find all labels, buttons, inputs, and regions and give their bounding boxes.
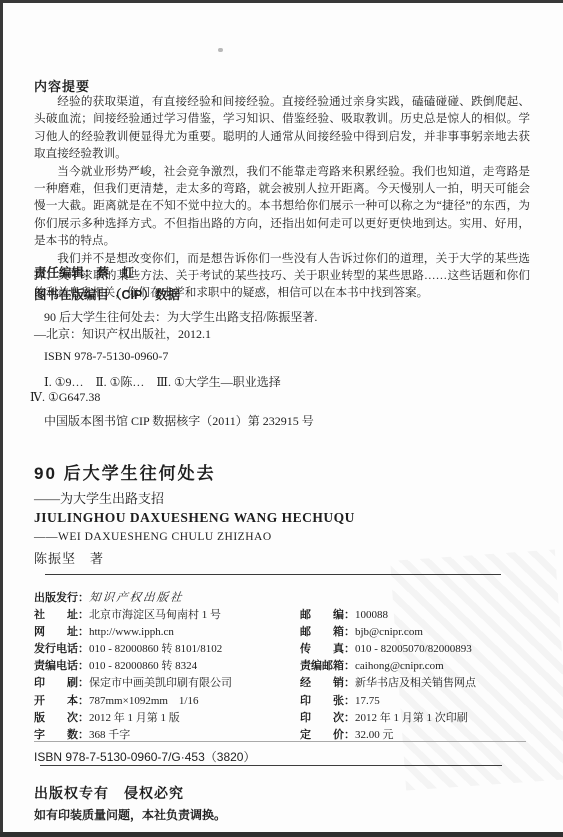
cip-classification-1: Ⅰ. ①9… Ⅱ. ①陈… Ⅲ. ①大学生—职业选择	[44, 373, 281, 390]
sheets-label: 印 张：	[300, 695, 355, 707]
sales-phone-value: 010 - 82000860 转 8101/8102	[89, 643, 222, 655]
postcode-value: 100088	[355, 609, 388, 621]
cip-imprint: —北京：知识产权出版社，2012.1	[34, 325, 211, 342]
editor-phone-label: 责编电话：	[34, 660, 89, 672]
website-label: 网 址：	[34, 626, 89, 638]
format-label: 开 本：	[34, 695, 89, 707]
fax-value: 010 - 82005070/82000893	[355, 643, 472, 655]
divider-above-isbn	[34, 741, 526, 742]
divider-under-title	[45, 574, 501, 575]
colophon-row-publisher: 出版发行：知识产权出版社	[34, 590, 530, 607]
pinyin-subtitle: ——WEI DAXUESHENG CHULU ZHIZHAO	[34, 531, 272, 543]
colophon-row-address: 社 址：北京市海淀区马甸南村 1 号 邮 编：100088	[34, 607, 530, 624]
book-subtitle: ——为大学生出路支招	[34, 488, 164, 507]
format-value: 787mm×1092mm 1/16	[89, 695, 198, 707]
scan-edge-top	[0, 0, 563, 3]
cip-isbn: ISBN 978-7-5130-0960-7	[44, 349, 168, 364]
printing-value: 2012 年 1 月第 1 次印刷	[355, 712, 468, 724]
email-value: bjb@cnipr.com	[355, 626, 423, 638]
cip-record-number: 中国版本图书馆 CIP 数据核字（2011）第 232915 号	[44, 412, 314, 429]
editor-email-value: caihong@cnipr.com	[355, 660, 444, 672]
colophon-row-website: 网 址：http://www.ipph.cn 邮 箱：bjb@cnipr.com	[34, 624, 530, 641]
summary-paragraph-1: 经验的获取渠道，有直接经验和间接经验。直接经验通过亲身实践，磕磕碰碰、跌倒爬起、…	[34, 93, 530, 163]
book-title: 90 后大学生往何处去	[34, 459, 216, 484]
quality-exchange-notice: 如有印装质量问题，本社负责调换。	[34, 806, 226, 823]
printer-label: 印 刷：	[34, 677, 89, 689]
editor-email-label: 责编邮箱：	[300, 660, 355, 672]
copyright-page: 内容提要 经验的获取渠道，有直接经验和间接经验。直接经验通过亲身实践，磕磕碰碰、…	[0, 0, 563, 837]
edition-value: 2012 年 1 月第 1 版	[89, 712, 180, 724]
price-value: 32.00 元	[355, 729, 394, 741]
scan-edge-left	[0, 0, 3, 837]
address-label: 社 址：	[34, 609, 89, 621]
distributor-label: 经 销：	[300, 677, 355, 689]
colophon-row-edition: 版 次：2012 年 1 月第 1 版 印 次：2012 年 1 月第 1 次印…	[34, 710, 530, 727]
copyright-notice: 出版权专有 侵权必究	[34, 783, 184, 803]
publisher-cell: 出版发行：知识产权出版社	[34, 590, 184, 607]
printing-label: 印 次：	[300, 712, 355, 724]
scan-speck	[218, 48, 223, 52]
cip-heading: 图书在版编目（CIP）数据	[34, 285, 180, 303]
wordcount-label: 字 数：	[34, 729, 89, 741]
publisher-label: 出版发行：	[34, 592, 89, 604]
cip-title-statement: 90 后大学生往何处去：为大学生出路支招/陈振坚著.	[44, 308, 317, 325]
scan-edge-bottom	[0, 832, 563, 837]
summary-paragraph-2: 当今就业形势严峻，社会竞争激烈，我们不能靠走弯路来积累经验。我们也知道，走弯路是…	[34, 163, 530, 250]
address-value: 北京市海淀区马甸南村 1 号	[89, 609, 221, 621]
isbn-full-line: ISBN 978-7-5130-0960-7/G·453（3820）	[34, 748, 255, 765]
fax-label: 传 真：	[300, 643, 355, 655]
printer-value: 保定市中画美凯印刷有限公司	[89, 677, 232, 689]
colophon-row-format: 开 本：787mm×1092mm 1/16 印 张：17.75	[34, 693, 530, 710]
colophon-row-sales-phone: 发行电话：010 - 82000860 转 8101/8102 传 真：010 …	[34, 641, 530, 658]
pinyin-title: JIULINGHOU DAXUESHENG WANG HECHUQU	[34, 510, 355, 526]
responsible-editor-line: 责任编辑：蔡 虹	[34, 263, 134, 281]
colophon-row-editor-phone: 责编电话：010 - 82000860 转 8324 责编邮箱：caihong@…	[34, 658, 530, 675]
website-value: http://www.ipph.cn	[89, 626, 174, 638]
wordcount-value: 368 千字	[89, 729, 130, 741]
editor-phone-value: 010 - 82000860 转 8324	[89, 660, 197, 672]
postcode-label: 邮 编：	[300, 609, 355, 621]
email-label: 邮 箱：	[300, 626, 355, 638]
edition-label: 版 次：	[34, 712, 89, 724]
sales-phone-label: 发行电话：	[34, 643, 89, 655]
publisher-name: 知识产权出版社	[88, 590, 184, 607]
sheets-value: 17.75	[355, 695, 380, 707]
price-label: 定 价：	[300, 729, 355, 741]
distributor-value: 新华书店及相关销售网点	[355, 677, 476, 689]
cip-classification-2: Ⅳ. ①G647.38	[30, 390, 100, 405]
colophon-table: 出版发行：知识产权出版社 社 址：北京市海淀区马甸南村 1 号 邮 编：1000…	[34, 590, 530, 744]
divider-below-isbn	[40, 765, 502, 766]
author-line: 陈振坚 著	[34, 548, 104, 567]
colophon-row-printer: 印 刷：保定市中画美凯印刷有限公司 经 销：新华书店及相关销售网点	[34, 675, 530, 692]
